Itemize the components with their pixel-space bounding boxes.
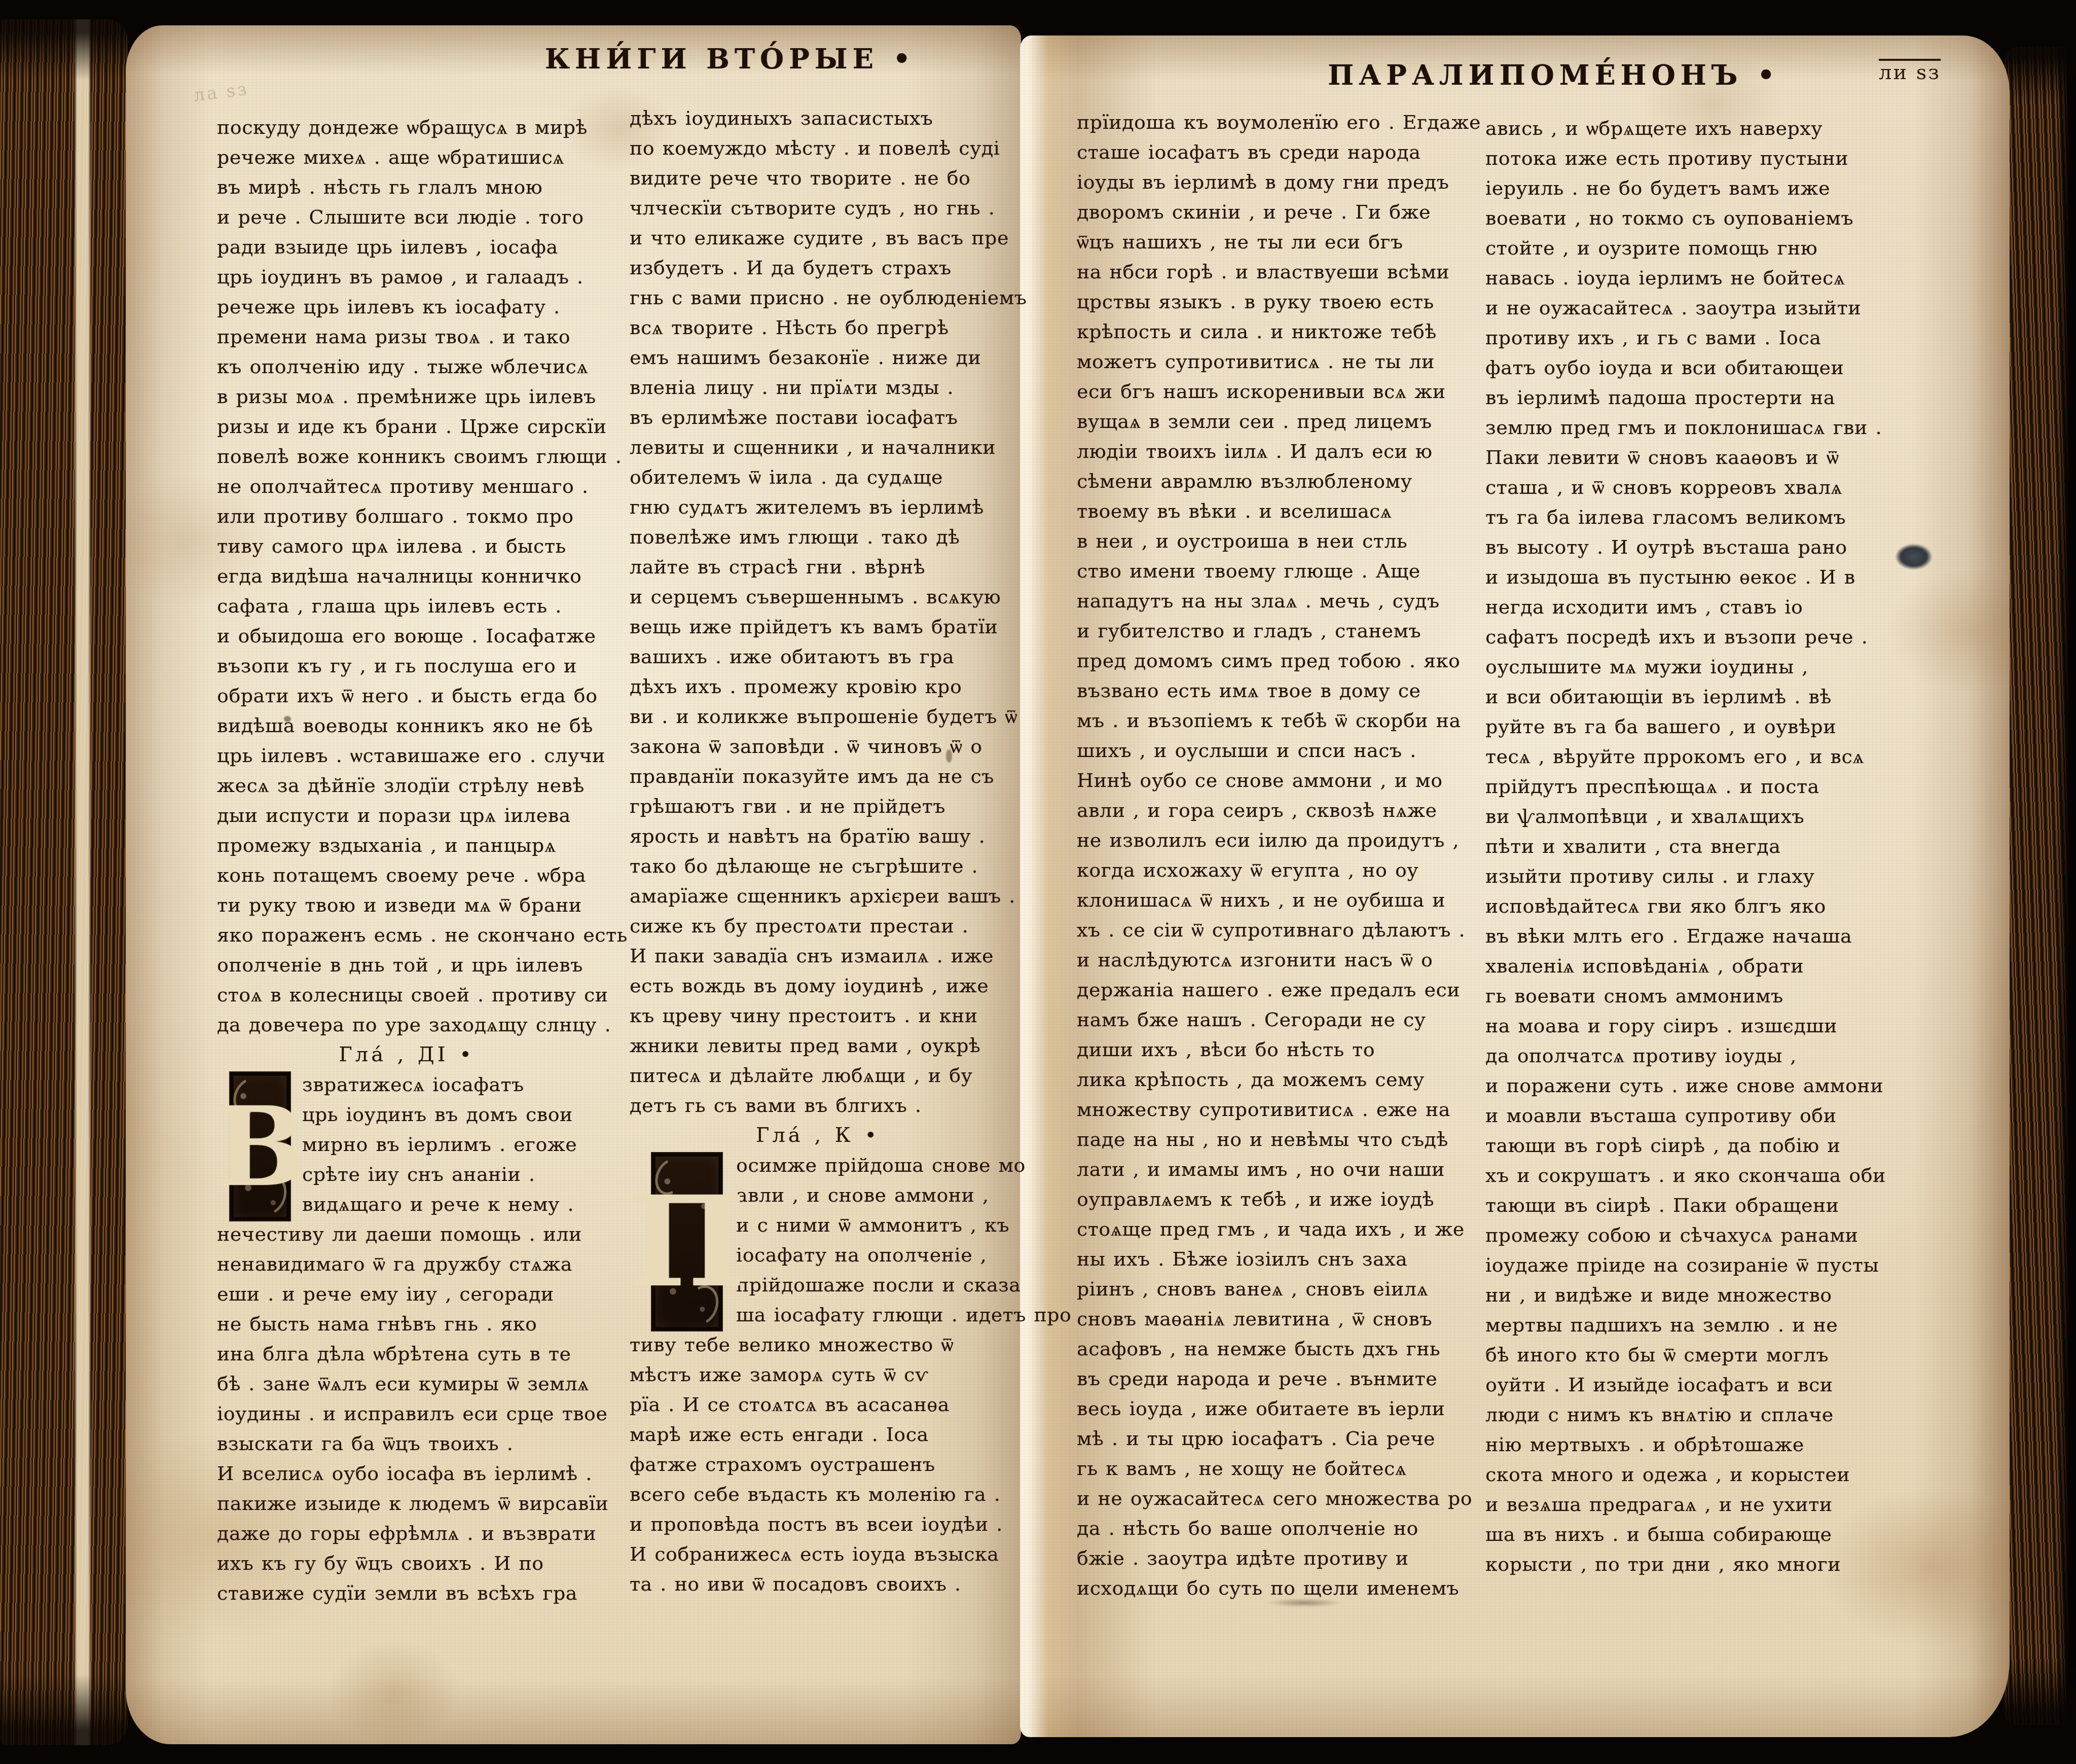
text-line: держаніа нашего . еже предалъ еси	[1077, 975, 1459, 1005]
text-line: ина блга дѣла ѡбрѣтена суть в те	[217, 1339, 596, 1369]
text-line: сташа , и ѿ сновъ корреовъ хвалѧ	[1485, 473, 1865, 502]
text-line: и вси обитающіи въ іерлимѣ . вѣ	[1485, 682, 1865, 712]
text-line: дворомъ скиніи , и рече . Ги бже	[1077, 197, 1459, 227]
text-line: асафовъ , на немже бысть дхъ гнь	[1077, 1334, 1459, 1364]
text-line: питесѧ и дѣлайте любѧщи , и бу	[630, 1061, 1006, 1091]
text-line: корысти , по три дни , яко многи	[1485, 1550, 1865, 1579]
text-line: скота много и одежа , и корыстеи	[1485, 1460, 1865, 1490]
text-line: ти руку твою и изведи мѧ ѿ брани	[217, 890, 596, 920]
text-line: лика крѣпость , да можемъ сему	[1077, 1065, 1459, 1095]
text-line: ви ѱалмопѣвци , и хвалѧщихъ	[1485, 802, 1865, 832]
text-line: и что еликаже судите , въ васъ пре	[630, 223, 1006, 253]
text-line: прїидоша къ воумоленїю его . Егдаже	[1077, 107, 1459, 137]
text-line: на нбси горѣ . и властвуеши всѣми	[1077, 257, 1459, 287]
text-line: конь потащемъ своему рече . ѡбра	[217, 860, 596, 890]
text-line: оуйти . И изыйде іосафатъ и вси	[1485, 1370, 1865, 1400]
text-line: сновъ маѳаніѧ левитина , ѿ сновъ	[1077, 1304, 1459, 1334]
text-line: въ мирѣ . нѣсть гь глалъ мною	[217, 172, 596, 202]
text-line: ризы и иде къ брани . Црже сирскїи	[217, 412, 596, 442]
drop-cap-wrap-zone: Взвратижесѧ іосафатъцрь іоудинъ въ домъ …	[217, 1070, 596, 1219]
text-line: шихъ , и оуслыши и спси насъ .	[1077, 736, 1459, 766]
folio-number: ли ѕз	[1879, 61, 1941, 84]
text-line: мѣ . и ты црю іосафатъ . Сіа рече	[1077, 1424, 1459, 1454]
text-line: іосафату на ополченіе ,	[736, 1240, 1006, 1270]
text-line: авись , и ѡбрѧщете ихъ наверху	[1485, 114, 1865, 143]
text-line: тако бо дѣлающе не съгрѣшите .	[630, 851, 1006, 881]
text-line: оуправлѧемъ к тебѣ , и иже іоудѣ	[1077, 1184, 1459, 1214]
foxing-speck	[284, 716, 291, 722]
text-line: бѣ . зане ѿѧлъ еси кумиры ѿ землѧ	[217, 1369, 596, 1399]
text-line: всего себе въдасть къ моленію га .	[630, 1480, 1006, 1509]
text-line: іоуды въ іерлимѣ в дому гни предъ	[1077, 167, 1459, 197]
drop-cap-initial: П	[652, 1153, 722, 1330]
fore-edge-page-stack-left	[0, 19, 128, 1745]
text-line: намъ бже нашъ . Сегоради не су	[1077, 1005, 1459, 1035]
text-line: црствы языкъ . в руку твоею есть	[1077, 287, 1459, 317]
text-line: и серцемъ съвершеннымъ . всѧкую	[630, 582, 1006, 612]
text-line: навась . іоуда іерлимъ не бойтесѧ	[1485, 263, 1865, 293]
text-line: на моава и гору сіиръ . изшєдши	[1485, 1011, 1865, 1041]
text-line: въ ерлимѣже постави іосафатъ	[630, 403, 1006, 433]
foxing-speck	[946, 749, 952, 763]
text-line: бѣ иного кто бы ѿ смерти моглъ	[1485, 1340, 1865, 1370]
text-line: марѣ иже есть енгади . Іоса	[630, 1420, 1006, 1450]
text-line: по коемуждо мѣсту . и повелѣ суді	[630, 133, 1006, 163]
text-line: диши ихъ , вѣси бо нѣсть то	[1077, 1035, 1459, 1065]
text-line: гню судѧтъ жителемъ въ іерлимѣ	[630, 492, 1006, 522]
text-line: ша іосафату глющи . идетъ про	[736, 1300, 1006, 1330]
text-line: бжіе . заоутра идѣте противу и	[1077, 1543, 1459, 1573]
text-line: тающи въ сіирѣ . Паки обращени	[1485, 1191, 1865, 1220]
text-line: И вселисѧ оубо іосафа въ іерлимѣ .	[217, 1459, 596, 1489]
text-line: и губителство и гладъ , станемъ	[1077, 616, 1459, 646]
text-line: И собранижесѧ есть іоуда възыска	[630, 1539, 1006, 1569]
text-line: оуслышите мѧ мужи іоудины ,	[1485, 652, 1865, 682]
text-line: сафатъ посредѣ ихъ и възопи рече .	[1485, 622, 1865, 652]
text-line: или противу болшаго . токмо про	[217, 501, 596, 531]
text-line: црь іилевъ . ѡставишаже его . случи	[217, 741, 596, 771]
drop-cap-letter: В	[230, 1072, 290, 1220]
text-line: ополченіе в днь той , и црь іилевъ	[217, 950, 596, 980]
text-line: и моавли въсташа супротиву оби	[1485, 1101, 1865, 1131]
text-line: Паки левити ѿ сновъ кааѳовъ и ѿ	[1485, 443, 1865, 473]
text-line: дыи испусти и порази црѧ іилева	[217, 801, 596, 831]
text-line: ріинъ , сновъ ванеѧ , сновъ еіилѧ	[1077, 1274, 1459, 1304]
text-line: мирно въ іерлимъ . егоже	[302, 1130, 596, 1160]
text-line: еси бгъ нашъ искоренивыи всѧ жи	[1077, 377, 1459, 407]
text-line: грѣшаютъ гви . и не прійдетъ	[630, 791, 1006, 821]
text-line: ради взыиде црь іилевъ , іосафа	[217, 232, 596, 262]
text-line: срѣте іиу снъ ананіи .	[302, 1160, 596, 1190]
text-line: лати , и имамы имъ , но очи наши	[1077, 1155, 1459, 1184]
text-line: промежу собою и сѣчахусѧ ранами	[1485, 1220, 1865, 1250]
text-line: члческїи сътворите судъ , но гнь .	[630, 193, 1006, 223]
text-line: повелѣ воже конникъ своимъ глющи .	[217, 442, 596, 472]
text-line: речеже михеѧ . аще ѡбратишисѧ	[217, 142, 596, 172]
text-line: мѣстъ иже заморѧ суть ѿ сѵ	[630, 1360, 1006, 1390]
text-line: множеству супротивитисѧ . еже на	[1077, 1095, 1459, 1125]
text-line: амарїаже сщенникъ архієреи вашъ .	[630, 881, 1006, 911]
text-line: и не оужасайтесѧ . заоутра изыйти	[1485, 293, 1865, 323]
text-line: іеруиль . не бо будетъ вамъ иже	[1485, 173, 1865, 203]
text-line: стойте , и оузрите помощь гню	[1485, 233, 1865, 263]
text-line: да довечера по уре заходѧщу слнцу .	[217, 1010, 596, 1040]
text-line: ство имени твоему глюще . Аще	[1077, 556, 1459, 586]
text-line: гь к вамъ , не хощу не бойтесѧ	[1077, 1454, 1459, 1484]
text-line: и обыидоша его воюще . Іосафатже	[217, 621, 596, 651]
drop-cap-letter: П	[652, 1153, 722, 1330]
text-line: фатже страхомъ оустрашенъ	[630, 1450, 1006, 1480]
text-line: избудетъ . И да будетъ страхъ	[630, 253, 1006, 283]
text-line: паде на ны , но и невѣмы что съдѣ	[1077, 1125, 1459, 1155]
text-line: не ополчайтесѧ противу меншаго .	[217, 472, 596, 501]
text-line: сѣмени аврамлю възлюбленому	[1077, 466, 1459, 496]
text-line: людіи твоихъ іилѧ . И далъ еси ю	[1077, 437, 1459, 466]
text-line: руйте въ га ба вашего , и оувѣри	[1485, 712, 1865, 742]
ink-smudge	[1266, 1598, 1342, 1607]
text-line: промежу вздыханіа , и панцырѧ	[217, 831, 596, 860]
text-line: авли , и снове аммони ,	[736, 1180, 1006, 1210]
text-line: ны ихъ . Бѣже іозіилъ снъ заха	[1077, 1244, 1459, 1274]
text-line: сиже къ бу престоѧти престаи .	[630, 911, 1006, 941]
ink-stain	[1895, 544, 1933, 570]
text-line: и наслѣдуютсѧ изгонити насъ ѿ о	[1077, 945, 1459, 975]
text-line: црь іоудинъ въ рамоѳ , и галаадъ .	[217, 262, 596, 292]
text-column-4: авись , и ѡбрѧщете ихъ наверхупотока иже…	[1485, 114, 1865, 1579]
text-line: ша въ нихъ . и быша собирающе	[1485, 1520, 1865, 1550]
text-line: вещь иже прійдетъ къ вамъ братїи	[630, 612, 1006, 642]
text-line: ставиже судїи земли въ всѣхъ гра	[217, 1578, 596, 1608]
text-line: ви . и коликже въпрошеніе будетъ ѿ	[630, 702, 1006, 732]
text-line: пакиже изыиде к людемъ ѿ вирсавїи	[217, 1489, 596, 1519]
text-line: емъ нашимъ безаконїе . ниже ди	[630, 343, 1006, 373]
text-line: въ высоту . И оутрѣ въсташа рано	[1485, 532, 1865, 562]
text-line: И паки завадїа снъ измаилѧ . иже	[630, 941, 1006, 971]
text-line: въ среди народа и рече . вънмите	[1077, 1364, 1459, 1394]
text-column-3: прїидоша къ воумоленїю его . Егдажесташе…	[1077, 107, 1459, 1603]
text-line: лайте въ страсѣ гни . вѣрнѣ	[630, 552, 1006, 582]
text-line: еши . и рече ему іиу , сегоради	[217, 1279, 596, 1309]
drop-cap-wrap-zone: Посимже прійдоша снове моавли , и снове …	[630, 1150, 1006, 1330]
text-line: всѧ творите . Нѣсть бо прегрѣ	[630, 313, 1006, 343]
text-line: не изволилъ еси іилю да проидутъ ,	[1077, 825, 1459, 855]
text-line: ихъ къ гу бу ѿцъ своихъ . И по	[217, 1549, 596, 1578]
text-line: ярость и навѣтъ на братїю вашу .	[630, 821, 1006, 851]
text-line: весь іоуда , иже обитаете въ іерли	[1077, 1394, 1459, 1424]
text-line: да ополчатсѧ противу іоуды ,	[1485, 1041, 1865, 1071]
text-line: негда исходити имъ , ставъ іо	[1485, 592, 1865, 622]
text-line: видѧщаго и рече к нему .	[302, 1190, 596, 1219]
text-line: исповѣдайтесѧ гви яко блгъ яко	[1485, 891, 1865, 921]
text-line: стоѧ в колесницы своей . противу си	[217, 980, 596, 1010]
text-line: ѿцъ нашихъ , не ты ли еси бгъ	[1077, 227, 1459, 257]
fore-edge-page-stack-right	[2004, 47, 2076, 1725]
text-line: не бысть нама гнѣвъ гнь . яко	[217, 1309, 596, 1339]
text-line: когда исхожаху ѿ егупта , но оу	[1077, 855, 1459, 885]
text-column-1: поскуду дондеже ѡбращусѧ в мирѣречеже ми…	[217, 113, 596, 1608]
text-line: тъ га ба іилева гласомъ великомъ	[1485, 502, 1865, 532]
text-line: вленіа лицу . ни прїѧти мзды .	[630, 373, 1006, 403]
text-line: іоудаже пріиде на созираніе ѿ пусты	[1485, 1250, 1865, 1280]
chapter-heading: Гла́ , К •	[630, 1121, 1006, 1150]
text-line: възвано есть имѧ твое в дому се	[1077, 676, 1459, 706]
text-line: възопи къ гу , и гь послуша его и	[217, 651, 596, 681]
text-line: и не оужасайтесѧ сего множества ро	[1077, 1484, 1459, 1514]
antique-book-photo: КНИ́ГИ ВТО́РЫЕ • ПАРАЛИПОМЕ́НОНЪ • ли ѕз…	[0, 0, 2076, 1764]
text-line: поскуду дондеже ѡбращусѧ в мирѣ	[217, 113, 596, 142]
text-line: дѣхъ іоудиныхъ запасистыхъ	[630, 103, 1006, 133]
text-line: прійдошаже посли и сказа	[736, 1270, 1006, 1300]
chapter-heading: Гла́ , ДІ •	[217, 1040, 596, 1070]
text-line: твоему въ вѣки . и вселишасѧ	[1077, 496, 1459, 526]
text-line: и изыдоша въ пустыню ѳекоє . И в	[1485, 562, 1865, 592]
text-line: противу ихъ , и гь с вами . Іоса	[1485, 323, 1865, 353]
text-line: гнь с вами присно . не оублюденіемъ	[630, 283, 1006, 313]
text-line: сташе іосафатъ въ среди народа	[1077, 137, 1459, 167]
text-line: пред домомъ симъ пред тобою . яко	[1077, 646, 1459, 676]
text-line: в неи , и оустроиша в неи стль	[1077, 526, 1459, 556]
text-line: хваленіѧ исповѣданіѧ , обрати	[1485, 951, 1865, 981]
text-line: пѣти и хвалити , ста внегда	[1485, 832, 1865, 861]
text-line: хъ и сокрушатъ . и яко скончаша оби	[1485, 1161, 1865, 1191]
text-line: іоудины . и исправилъ еси срце твое	[217, 1399, 596, 1429]
text-line: жесѧ за дѣйнїе злодїи стрѣлу невѣ	[217, 771, 596, 801]
running-header-right: ПАРАЛИПОМЕ́НОНЪ •	[1295, 59, 1812, 91]
text-line: егда видѣша началницы конничко	[217, 561, 596, 591]
text-line: Нинѣ оубо се снове аммони , и мо	[1077, 766, 1459, 796]
text-line: люди с нимъ къ внѧтію и сплаче	[1485, 1400, 1865, 1430]
text-line: землю пред гмъ и поклонишасѧ гви .	[1485, 413, 1865, 443]
text-line: и с ними ѿ аммонитъ , къ	[736, 1210, 1006, 1240]
text-line: ни , и видѣже и виде множество	[1485, 1280, 1865, 1310]
text-line: тесѧ , вѣруйте пррокомъ его , и всѧ	[1485, 742, 1865, 772]
running-header-left: КНИ́ГИ ВТО́РЫЕ •	[545, 43, 895, 75]
text-line: вущаѧ в земли сеи . пред лицемъ	[1077, 407, 1459, 437]
text-line: црь іоудинъ въ домъ свои	[302, 1100, 596, 1130]
text-line: та . но иви ѿ посадовъ своихъ .	[630, 1569, 1006, 1599]
text-line: да . нѣсть бо ваше ополченіе но	[1077, 1514, 1459, 1543]
text-line: речеже црь іилевъ къ іосафату .	[217, 292, 596, 322]
text-line: вашихъ . иже обитаютъ въ гра	[630, 642, 1006, 672]
text-line: обрати ихъ ѿ него . и бысть егда бо	[217, 681, 596, 711]
text-line: осимже прійдоша снове мо	[736, 1150, 1006, 1180]
text-line: детъ гь съ вами въ блгихъ .	[630, 1091, 1006, 1121]
text-line: повелѣже имъ глющи . тако дѣ	[630, 522, 1006, 552]
text-line: фатъ оубо іоуда и вси обитающеи	[1485, 353, 1865, 383]
text-line: яко пораженъ есмь . не скончано есть	[217, 920, 596, 950]
text-line: левиты и сщенники , и началники	[630, 433, 1006, 462]
text-line: мертвы падшихъ на землю . и не	[1485, 1310, 1865, 1340]
text-line: воевати , но токмо съ оупованіемъ	[1485, 203, 1865, 233]
text-line: нію мертвыхъ . и обрѣтошаже	[1485, 1430, 1865, 1460]
text-line: стоѧще пред гмъ , и чада ихъ , и же	[1077, 1214, 1459, 1244]
text-line: потока иже есть противу пустыни	[1485, 143, 1865, 173]
text-line: хъ . се сіи ѿ супротивнаго дѣлаютъ .	[1077, 915, 1459, 945]
text-line: клонишасѧ ѿ нихъ , и не оубиша и	[1077, 885, 1459, 915]
text-line: прійдутъ преспѣющаѧ . и поста	[1485, 772, 1865, 802]
text-line: къ ополченію иду . тыже ѡблечисѧ	[217, 352, 596, 382]
text-line: и поражени суть . иже снове аммони	[1485, 1071, 1865, 1101]
drop-cap-initial: В	[230, 1072, 290, 1220]
text-line: правданїи показуйте имъ да не съ	[630, 762, 1006, 791]
text-line: видите рече что творите . не бо	[630, 163, 1006, 193]
text-line: къ цреву чину престоитъ . и кни	[630, 1001, 1006, 1031]
text-line: гь воевати сномъ аммонимъ	[1485, 981, 1865, 1011]
text-line: тиву самого црѧ іилева . и бысть	[217, 531, 596, 561]
text-line: въ іерлимѣ падоша простерти на	[1485, 383, 1865, 413]
text-line: есть вождь въ дому іоудинѣ , иже	[630, 971, 1006, 1001]
text-line: крѣпость и сила . и никтоже тебѣ	[1077, 317, 1459, 347]
text-line: и везѧша предрагаѧ , и не ухити	[1485, 1490, 1865, 1520]
text-line: и рече . Слышите вси людіе . того	[217, 202, 596, 232]
text-line: ненавидимаго ѿ га дружбу стѧжа	[217, 1249, 596, 1279]
text-line: звратижесѧ іосафатъ	[302, 1070, 596, 1100]
text-line: в ризы моѧ . премѣниже црь іилевъ	[217, 382, 596, 412]
text-line: тающи въ горѣ сіирѣ , да побію и	[1485, 1131, 1865, 1161]
text-line: жники левиты пред вами , оукрѣ	[630, 1031, 1006, 1061]
text-line: обителемъ ѿ іила . да судѧще	[630, 462, 1006, 492]
text-line: и проповѣда постъ въ всеи іоудѣи .	[630, 1509, 1006, 1539]
text-line: даже до горы ефрѣмлѧ . и възврати	[217, 1519, 596, 1549]
text-line: изыйти противу силы . и глаху	[1485, 861, 1865, 891]
text-line: авли , и гора сеиръ , сквозѣ нѧже	[1077, 796, 1459, 825]
text-column-2: дѣхъ іоудиныхъ запасистыхъпо коемуждо мѣ…	[630, 103, 1006, 1599]
text-line: премени нама ризы твоѧ . и тако	[217, 322, 596, 352]
text-line: видѣша воеводы конникъ яко не бѣ	[217, 711, 596, 741]
text-line: нечестиву ли даеши помощь . или	[217, 1219, 596, 1249]
text-line: мъ . и възопіемъ к тебѣ ѿ скорби на	[1077, 706, 1459, 736]
text-line: дѣхъ ихъ . промежу кровію кро	[630, 672, 1006, 702]
text-line: рїа . И се стоѧтсѧ въ асасанѳа	[630, 1390, 1006, 1420]
text-line: тиву тебе велико множество ѿ	[630, 1330, 1006, 1360]
text-line: нападутъ на ны злаѧ . мечь , судъ	[1077, 586, 1459, 616]
text-line: можетъ супротивитисѧ . не ты ли	[1077, 347, 1459, 377]
text-line: взыскати га ба ѿцъ твоихъ .	[217, 1429, 596, 1459]
text-line: въ вѣки млть его . Егдаже начаша	[1485, 921, 1865, 951]
text-line: сафата , глаша црь іилевъ есть .	[217, 591, 596, 621]
